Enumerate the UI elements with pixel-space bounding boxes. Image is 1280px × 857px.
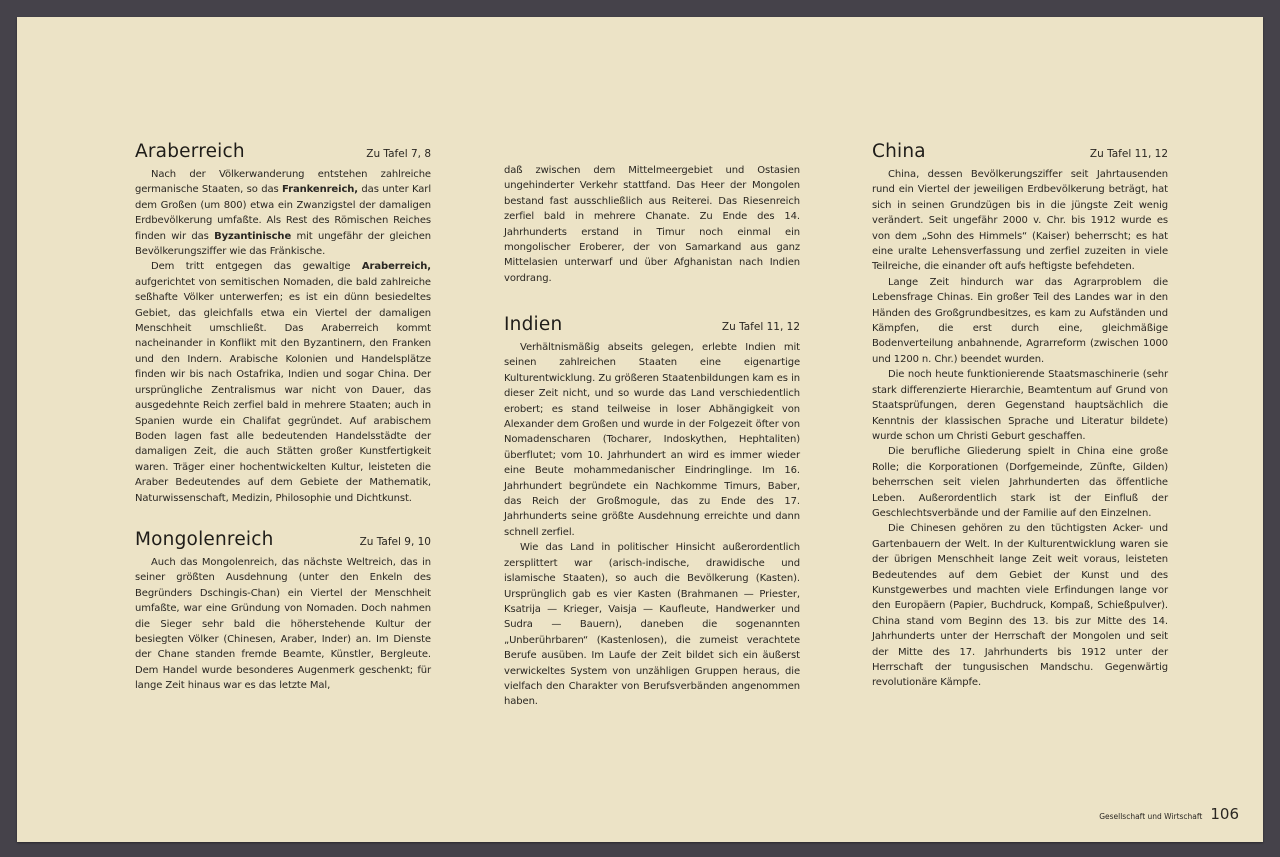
paragraph: Auch das Mongolenreich, das nächste Welt… — [135, 555, 431, 694]
bold-term: Byzantinische — [214, 231, 291, 242]
section-title: China — [872, 141, 926, 162]
section-mongolenreich-continued: daß zwischen dem Mittelmeergebiet und Os… — [504, 163, 800, 286]
plate-reference: Zu Tafel 11, 12 — [1090, 148, 1168, 160]
paragraph: Lange Zeit hindurch war das Agrarproblem… — [872, 275, 1168, 367]
paragraph: Die noch heute funktionierende Staatsmas… — [872, 367, 1168, 444]
section-title: Indien — [504, 314, 562, 335]
paragraph: Wie das Land in politischer Hinsicht auß… — [504, 540, 800, 709]
section-header: Indien Zu Tafel 11, 12 — [504, 314, 800, 335]
section-title: Mongolenreich — [135, 529, 274, 550]
paragraph: Nach der Völkerwanderung entstehen zahlr… — [135, 167, 431, 259]
section-header: Mongolenreich Zu Tafel 9, 10 — [135, 529, 431, 550]
text-run: aufgerichtet von semitischen Nomaden, di… — [135, 277, 431, 504]
bold-term: Araberreich, — [362, 261, 431, 272]
paragraph: Die berufliche Gliederung spielt in Chin… — [872, 444, 1168, 521]
paragraph: Verhältnismäßig abseits gelegen, erlebte… — [504, 340, 800, 540]
section-indien: Indien Zu Tafel 11, 12 Verhältnismäßig a… — [504, 314, 800, 710]
section-mongolenreich: Mongolenreich Zu Tafel 9, 10 Auch das Mo… — [135, 529, 431, 694]
footer-label: Gesellschaft und Wirtschaft — [1099, 812, 1202, 821]
text-run: Dem tritt entgegen das gewaltige — [151, 261, 362, 272]
section-title: Araberreich — [135, 141, 245, 162]
plate-reference: Zu Tafel 9, 10 — [360, 536, 431, 548]
paragraph: Dem tritt entgegen das gewaltige Araberr… — [135, 259, 431, 506]
document-page: Araberreich Zu Tafel 7, 8 Nach der Völke… — [17, 17, 1263, 842]
section-araberreich: Araberreich Zu Tafel 7, 8 Nach der Völke… — [135, 141, 431, 506]
section-header: Araberreich Zu Tafel 7, 8 — [135, 141, 431, 162]
section-header: China Zu Tafel 11, 12 — [872, 141, 1168, 162]
bold-term: Frankenreich, — [282, 184, 358, 195]
paragraph: Die Chinesen gehören zu den tüchtigsten … — [872, 521, 1168, 690]
paragraph: daß zwischen dem Mittelmeergebiet und Os… — [504, 163, 800, 286]
plate-reference: Zu Tafel 7, 8 — [366, 148, 431, 160]
page-number: 106 — [1210, 805, 1239, 823]
page-footer: Gesellschaft und Wirtschaft 106 — [1099, 805, 1239, 823]
paragraph: China, dessen Bevölkerungsziffer seit Ja… — [872, 167, 1168, 275]
section-china: China Zu Tafel 11, 12 China, dessen Bevö… — [872, 141, 1168, 691]
plate-reference: Zu Tafel 11, 12 — [722, 321, 800, 333]
